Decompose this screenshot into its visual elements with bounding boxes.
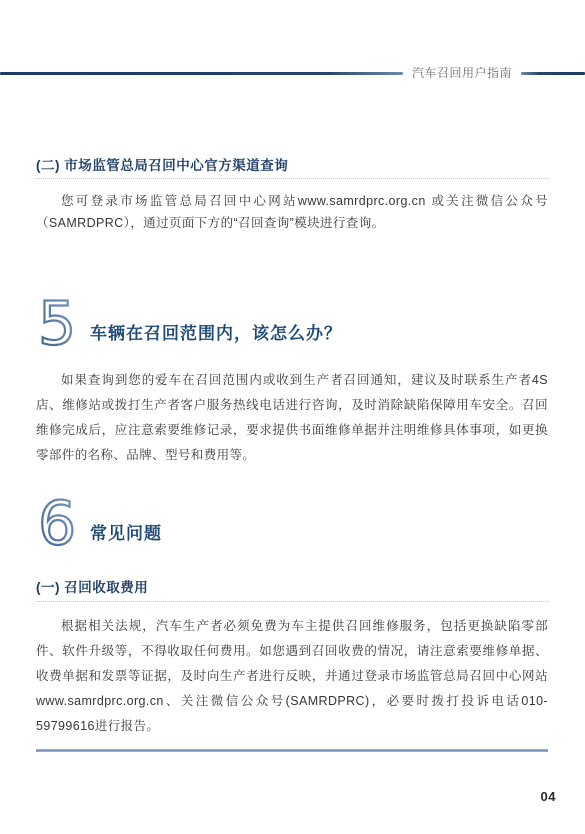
section-5-number-icon: 5 xyxy=(36,292,80,350)
header-title: 汽车召回用户指南 xyxy=(412,66,512,80)
section-6-number: 6 xyxy=(38,492,76,550)
section-6-title: 常见问题 xyxy=(90,519,162,544)
dotted-divider xyxy=(36,601,548,602)
section-6-number-icon: 6 xyxy=(36,492,80,550)
section-5-number: 5 xyxy=(38,292,76,350)
header-rule-left xyxy=(0,72,403,75)
section-5-paragraph: 如果查询到您的爱车在召回范围内或收到生产者召回通知，建议及时联系生产者4S店、维… xyxy=(36,368,548,468)
header-rule-right xyxy=(521,72,585,75)
section-5-title: 车辆在召回范围内，该怎么办？ xyxy=(90,319,342,344)
fees-section-paragraph: 根据相关法规，汽车生产者必须免费为车主提供召回维修服务，包括更换缺陷零部件、软件… xyxy=(36,614,548,739)
section-6-header: 6 常见问题 xyxy=(36,492,162,550)
channel-section-paragraph: 您可登录市场监管总局召回中心网站www.samrdprc.org.cn 或关注微… xyxy=(36,190,548,234)
section-5-header: 5 车辆在召回范围内，该怎么办？ xyxy=(36,292,342,350)
page-number: 04 xyxy=(541,789,556,804)
document-page: 汽车召回用户指南 (二) 市场监管总局召回中心官方渠道查询 您可登录市场监管总局… xyxy=(0,0,585,834)
channel-section-heading: (二) 市场监管总局召回中心官方渠道查询 xyxy=(36,154,548,174)
dotted-divider xyxy=(36,178,548,179)
footer-rule xyxy=(36,749,548,752)
page-header: 汽车召回用户指南 xyxy=(0,66,585,80)
fees-section-heading: (一) 召回收取费用 xyxy=(36,576,548,596)
